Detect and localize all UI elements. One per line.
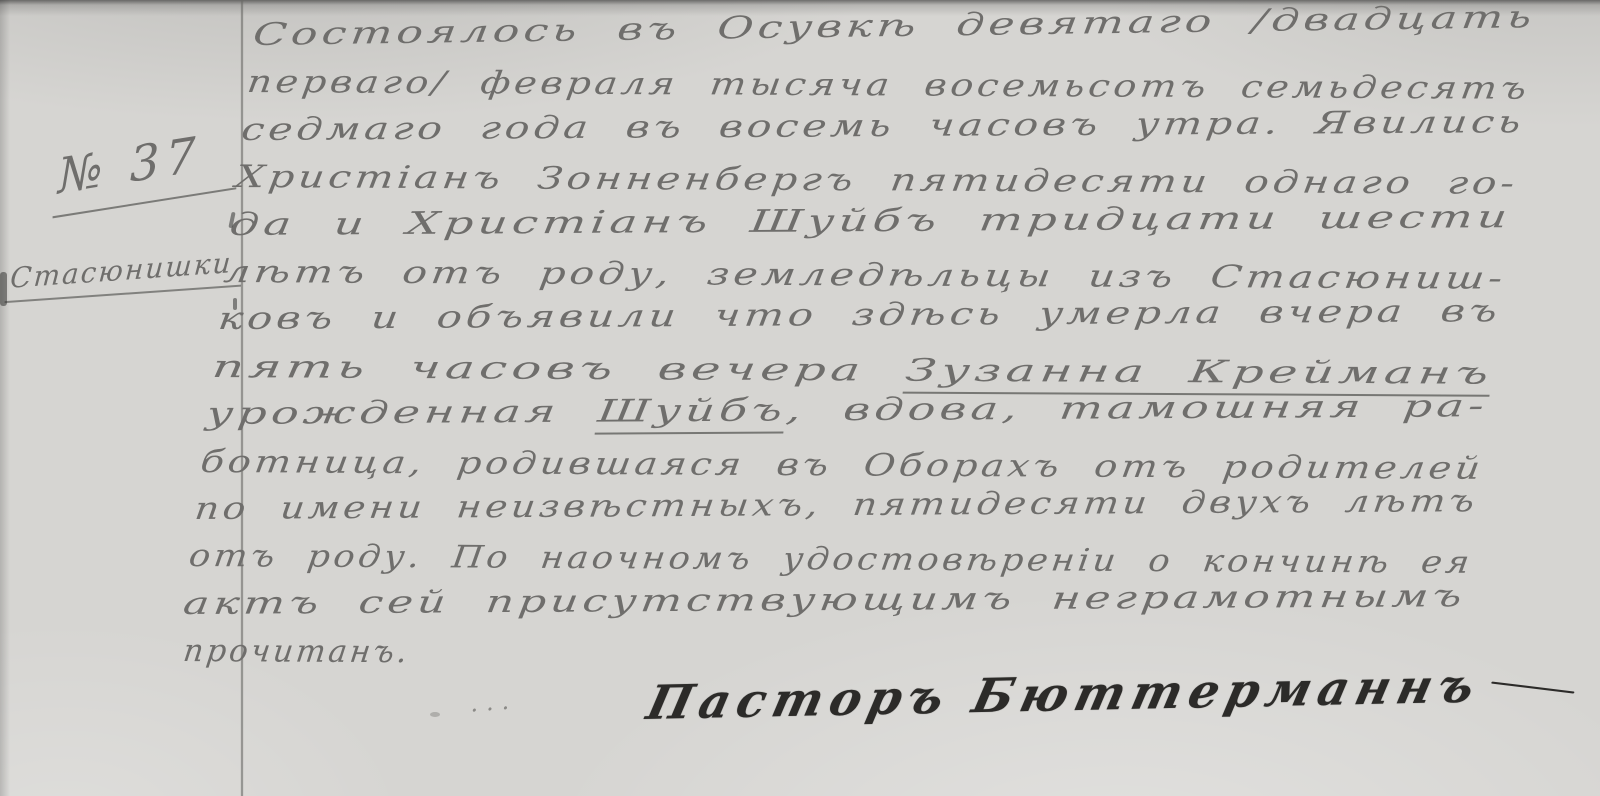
text-segment: по имени неизвѣстныхъ, пятидесяти двухъ … — [193, 483, 1480, 527]
handwritten-line: седмаго года въ восемь часовъ утра. Явил… — [239, 99, 1565, 154]
text-segment: урожденная — [205, 394, 600, 432]
scan-blemish — [0, 272, 7, 306]
maiden-name: Шуйбъ — [595, 393, 788, 435]
text-segment: ковъ и объявили что здѣсь умерла вчера в… — [216, 294, 1503, 338]
act-body-text: Состоялось въ Осувкѣ девятаго /двадцать … — [175, 12, 1576, 675]
text-segment: Состоялось въ Осувкѣ девятаго /двадцать — [251, 0, 1537, 53]
scan-blemish — [233, 298, 237, 310]
text-segment: пять часовъ вечера — [210, 349, 908, 389]
handwritten-line: по имени неизвѣстныхъ, пятидесяти двухъ … — [192, 478, 1518, 533]
margin-place-name: Стасюнишки — [5, 245, 244, 303]
handwritten-line: ковъ и объявили что здѣсь умерла вчера в… — [215, 288, 1541, 343]
ink-marks: ... — [469, 686, 518, 717]
handwritten-line: да и Христіанъ Шуйбъ тридцати шести — [227, 193, 1553, 248]
text-segment: седмаго года въ восемь часовъ утра. Явил… — [239, 104, 1526, 148]
scanned-register-page: № 37 Стасюнишки Состоялось въ Осувкѣ дев… — [0, 0, 1600, 796]
text-segment: да и Христіанъ Шуйбъ тридцати шести — [228, 199, 1514, 243]
act-number: № 37 — [51, 121, 236, 219]
text-segment: , вдова, тамошняя ра- — [784, 388, 1490, 428]
handwritten-line: Состоялось въ Осувкѣ девятаго /двадцать — [251, 0, 1578, 59]
handwritten-line: актъ сей присутствующимъ неграмотнымъ — [180, 573, 1506, 628]
scan-blemish — [430, 712, 440, 717]
text-segment: актъ сей присутствующимъ неграмотнымъ — [181, 578, 1468, 622]
text-segment: прочитанъ. — [181, 633, 412, 670]
handwritten-line: урожденная Шуйбъ, вдова, тамошняя ра- — [204, 383, 1530, 438]
